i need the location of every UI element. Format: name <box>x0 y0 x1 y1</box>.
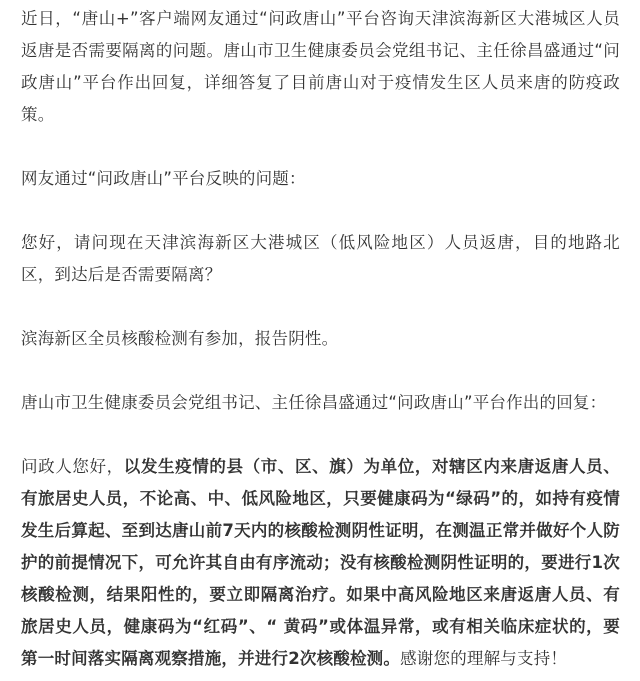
article-body: 近日，“唐山+”客户端网友通过“问政唐山”平台咨询天津滨海新区大港城区人员返唐是… <box>0 0 640 675</box>
intro-paragraph: 近日，“唐山+”客户端网友通过“问政唐山”平台咨询天津滨海新区大港城区人员返唐是… <box>21 3 620 131</box>
question-paragraph: 您好，请问现在天津滨海新区大港城区（低风险地区）人员返唐，目的地路北区，到达后是… <box>21 227 620 291</box>
reply-closing: 感谢您的理解与支持！ <box>400 649 567 668</box>
reply-heading: 唐山市卫生健康委员会党组书记、主任徐昌盛通过“问政唐山”平台作出的回复： <box>21 387 620 419</box>
reply-greeting: 问政人您好， <box>21 457 124 476</box>
question-heading: 网友通过“问政唐山”平台反映的问题： <box>21 163 620 195</box>
reply-policy-text: 以发生疫情的县（市、区、旗）为单位，对辖区内来唐返唐人员、有旅居史人员，不论高、… <box>21 457 620 668</box>
reply-paragraph: 问政人您好，以发生疫情的县（市、区、旗）为单位，对辖区内来唐返唐人员、有旅居史人… <box>21 451 620 675</box>
test-note-paragraph: 滨海新区全员核酸检测有参加，报告阴性。 <box>21 323 620 355</box>
